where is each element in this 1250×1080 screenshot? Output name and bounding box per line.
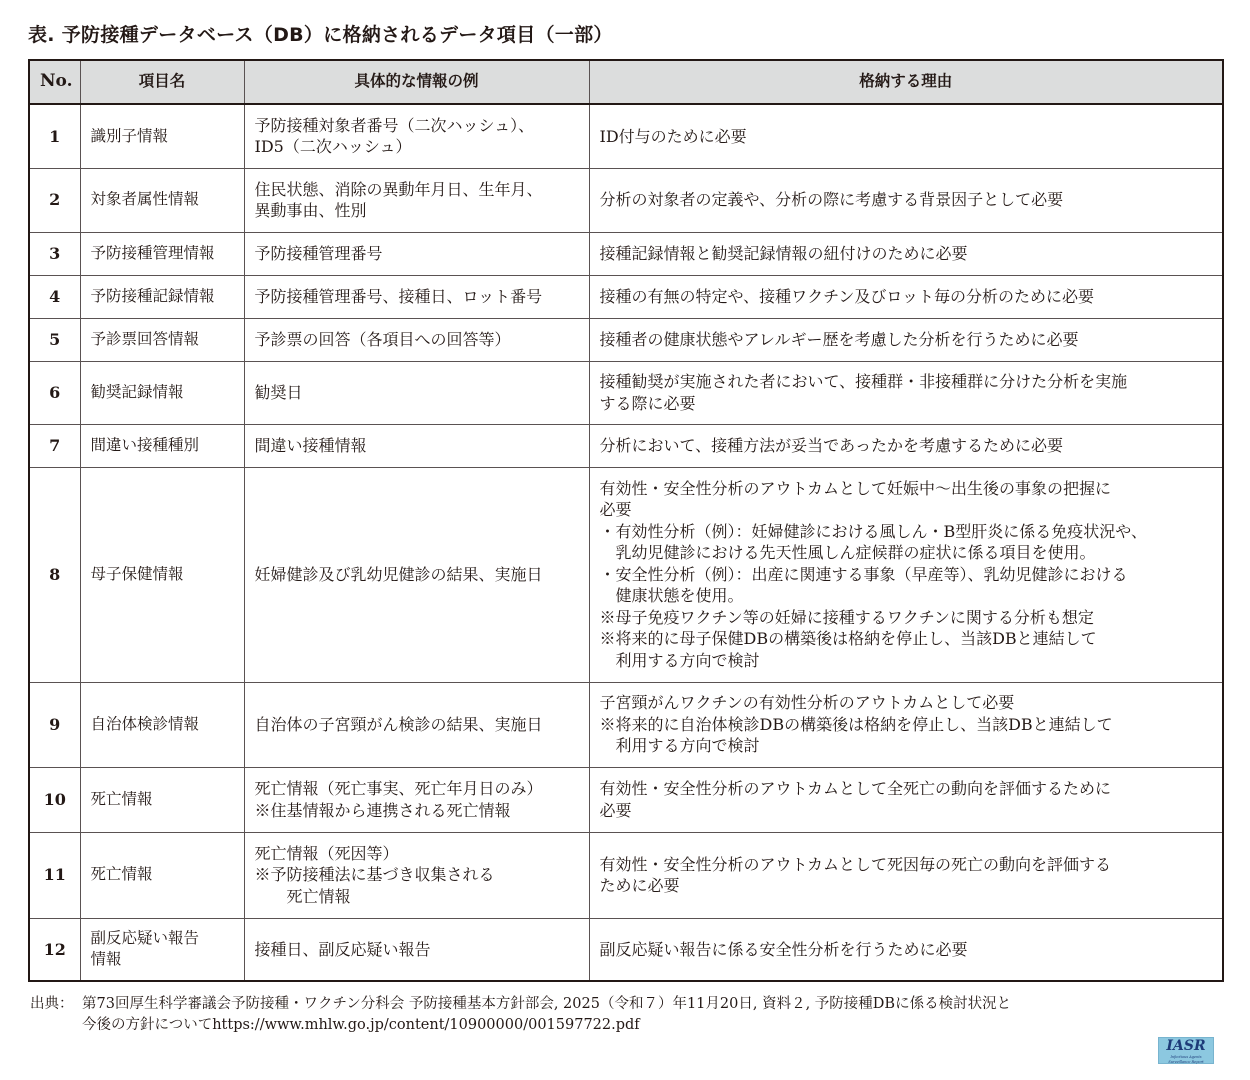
row-item-name: 予防接種管理情報	[80, 232, 244, 275]
row-reason: 子宮頸がんワクチンの有効性分析のアウトカムとして必要 ※将来的に自治体検診DBの…	[589, 682, 1223, 767]
example-text: 接種日、副反応疑い報告	[255, 939, 579, 961]
logo-subtext: Infectious Agents Surveillance Report	[1159, 1055, 1213, 1065]
table-row: 1 識別子情報 予防接種対象者番号（二次ハッシュ）、 ID5（二次ハッシュ） I…	[29, 104, 1223, 168]
row-no: 6	[29, 361, 80, 424]
item-name-text: 副反応疑い報告	[91, 928, 234, 950]
reason-bullet-cont: 健康状態を使用。	[600, 585, 1213, 607]
table-header-row: No. 項目名 具体的な情報の例 格納する理由	[29, 60, 1223, 104]
reason-text: 有効性・安全性分析のアウトカムとして全死亡の動向を評価するために	[600, 778, 1213, 800]
reason-text: 接種の有無の特定や、接種ワクチン及びロット毎の分析のために必要	[600, 286, 1213, 308]
item-name-text: 予診票回答情報	[91, 329, 234, 351]
reason-text: 分析の対象者の定義や、分析の際に考慮する背景因子として必要	[600, 189, 1213, 211]
reason-note-cont: 利用する方向で検討	[600, 650, 1213, 672]
table-row: 12 副反応疑い報告 情報 接種日、副反応疑い報告 副反応疑い報告に係る安全性分…	[29, 918, 1223, 981]
reason-note: ※将来的に自治体検診DBの構築後は格納を停止し、当該DBと連結して	[600, 714, 1213, 736]
header-no: No.	[29, 60, 80, 104]
item-name-text: 自治体検診情報	[91, 714, 234, 736]
reason-text: 有効性・安全性分析のアウトカムとして死因毎の死亡の動向を評価する	[600, 854, 1213, 876]
example-text: 住民状態、消除の異動年月日、生年月、	[255, 179, 579, 201]
item-name-text: 勧奨記録情報	[91, 382, 234, 404]
row-example: 予防接種管理番号、接種日、ロット番号	[244, 275, 589, 318]
table-row: 7 間違い接種種別 間違い接種情報 分析において、接種方法が妥当であったかを考慮…	[29, 424, 1223, 467]
example-note-cont: 死亡情報	[255, 886, 579, 908]
row-item-name: 予防接種記録情報	[80, 275, 244, 318]
row-reason: 接種記録情報と勧奨記録情報の紐付けのために必要	[589, 232, 1223, 275]
row-reason: 接種の有無の特定や、接種ワクチン及びロット毎の分析のために必要	[589, 275, 1223, 318]
example-text: 予防接種管理番号	[255, 243, 579, 265]
header-item-name: 項目名	[80, 60, 244, 104]
row-no: 3	[29, 232, 80, 275]
example-text: 死亡情報（死亡事実、死亡年月日のみ）	[255, 778, 579, 800]
row-reason: 接種勧奨が実施された者において、接種群・非接種群に分けた分析を実施 する際に必要	[589, 361, 1223, 424]
table-row: 5 予診票回答情報 予診票の回答（各項目への回答等） 接種者の健康状態やアレルギ…	[29, 318, 1223, 361]
item-name-text: 識別子情報	[91, 126, 234, 148]
row-no: 12	[29, 918, 80, 981]
row-item-name: 勧奨記録情報	[80, 361, 244, 424]
item-name-text: 予防接種記録情報	[91, 286, 234, 308]
row-example: 予診票の回答（各項目への回答等）	[244, 318, 589, 361]
row-example: 住民状態、消除の異動年月日、生年月、 異動事由、性別	[244, 168, 589, 232]
source-text: 第73回厚生科学審議会予防接種・ワクチン分科会 予防接種基本方針部会, 2025…	[82, 996, 1011, 1012]
row-no: 4	[29, 275, 80, 318]
row-example: 接種日、副反応疑い報告	[244, 918, 589, 981]
row-example: 間違い接種情報	[244, 424, 589, 467]
reason-text: 有効性・安全性分析のアウトカムとして妊娠中～出生後の事象の把握に	[600, 478, 1213, 500]
example-note: ※予防接種法に基づき収集される	[255, 864, 579, 886]
reason-text: 接種記録情報と勧奨記録情報の紐付けのために必要	[600, 243, 1213, 265]
row-no: 1	[29, 104, 80, 168]
example-text: 間違い接種情報	[255, 435, 579, 457]
reason-note-cont: 利用する方向で検討	[600, 735, 1213, 757]
row-item-name: 副反応疑い報告 情報	[80, 918, 244, 981]
reason-text: 接種者の健康状態やアレルギー歴を考慮した分析を行うために必要	[600, 329, 1213, 351]
header-reason: 格納する理由	[589, 60, 1223, 104]
table-row: 9 自治体検診情報 自治体の子宮頸がん検診の結果、実施日 子宮頸がんワクチンの有…	[29, 682, 1223, 767]
reason-text: 接種勧奨が実施された者において、接種群・非接種群に分けた分析を実施	[600, 371, 1213, 393]
table-row: 6 勧奨記録情報 勧奨日 接種勧奨が実施された者において、接種群・非接種群に分け…	[29, 361, 1223, 424]
reason-text: 副反応疑い報告に係る安全性分析を行うために必要	[600, 939, 1213, 961]
row-no: 2	[29, 168, 80, 232]
reason-bullet-cont: 乳幼児健診における先天性風しん症候群の症状に係る項目を使用。	[600, 542, 1213, 564]
row-example: 予防接種対象者番号（二次ハッシュ）、 ID5（二次ハッシュ）	[244, 104, 589, 168]
row-reason: 分析において、接種方法が妥当であったかを考慮するために必要	[589, 424, 1223, 467]
item-name-text: 予防接種管理情報	[91, 243, 234, 265]
reason-bullet: ・有効性分析（例）：妊婦健診における風しん・B型肝炎に係る免疫状況や、	[600, 521, 1213, 543]
row-item-name: 予診票回答情報	[80, 318, 244, 361]
row-reason: 有効性・安全性分析のアウトカムとして死因毎の死亡の動向を評価する ために必要	[589, 832, 1223, 918]
table-row: 4 予防接種記録情報 予防接種管理番号、接種日、ロット番号 接種の有無の特定や、…	[29, 275, 1223, 318]
row-example: 勧奨日	[244, 361, 589, 424]
example-text: 予防接種管理番号、接種日、ロット番号	[255, 286, 579, 308]
reason-text: 子宮頸がんワクチンの有効性分析のアウトカムとして必要	[600, 692, 1213, 714]
row-no: 11	[29, 832, 80, 918]
example-text: 異動事由、性別	[255, 200, 579, 222]
source-line-1: 出典：第73回厚生科学審議会予防接種・ワクチン分科会 予防接種基本方針部会, 2…	[30, 994, 1011, 1015]
header-example: 具体的な情報の例	[244, 60, 589, 104]
table-row: 3 予防接種管理情報 予防接種管理番号 接種記録情報と勧奨記録情報の紐付けのため…	[29, 232, 1223, 275]
example-text: ID5（二次ハッシュ）	[255, 136, 579, 158]
item-name-text: 死亡情報	[91, 789, 234, 811]
table-row: 2 対象者属性情報 住民状態、消除の異動年月日、生年月、 異動事由、性別 分析の…	[29, 168, 1223, 232]
row-example: 自治体の子宮頸がん検診の結果、実施日	[244, 682, 589, 767]
row-reason: 副反応疑い報告に係る安全性分析を行うために必要	[589, 918, 1223, 981]
logo-text: IASR	[1166, 1038, 1205, 1054]
row-item-name: 死亡情報	[80, 767, 244, 832]
row-item-name: 自治体検診情報	[80, 682, 244, 767]
row-example: 予防接種管理番号	[244, 232, 589, 275]
table-row: 11 死亡情報 死亡情報（死因等） ※予防接種法に基づき収集される 死亡情報 有…	[29, 832, 1223, 918]
source-label: 出典：	[30, 994, 82, 1015]
source-citation: 出典：第73回厚生科学審議会予防接種・ワクチン分科会 予防接種基本方針部会, 2…	[30, 994, 1011, 1036]
example-text: 予防接種対象者番号（二次ハッシュ）、	[255, 115, 579, 137]
reason-note: ※将来的に母子保健DBの構築後は格納を停止し、当該DBと連結して	[600, 628, 1213, 650]
row-reason: 有効性・安全性分析のアウトカムとして妊娠中～出生後の事象の把握に 必要 ・有効性…	[589, 467, 1223, 682]
row-no: 5	[29, 318, 80, 361]
row-example: 妊婦健診及び乳幼児健診の結果、実施日	[244, 467, 589, 682]
iasr-logo: IASR Infectious Agents Surveillance Repo…	[1158, 1037, 1214, 1064]
row-item-name: 死亡情報	[80, 832, 244, 918]
table-row: 10 死亡情報 死亡情報（死亡事実、死亡年月日のみ） ※住基情報から連携される死…	[29, 767, 1223, 832]
reason-bullet: ・安全性分析（例）：出産に関連する事象（早産等）、乳幼児健診における	[600, 564, 1213, 586]
row-item-name: 対象者属性情報	[80, 168, 244, 232]
item-name-text: 死亡情報	[91, 864, 234, 886]
row-no: 9	[29, 682, 80, 767]
item-name-text: 対象者属性情報	[91, 189, 234, 211]
row-example: 死亡情報（死亡事実、死亡年月日のみ） ※住基情報から連携される死亡情報	[244, 767, 589, 832]
row-item-name: 間違い接種種別	[80, 424, 244, 467]
table-title: 表. 予防接種データベース（DB）に格納されるデータ項目（一部）	[28, 20, 613, 47]
data-items-table: No. 項目名 具体的な情報の例 格納する理由 1 識別子情報 予防接種対象者番…	[28, 59, 1224, 982]
reason-text: 必要	[600, 800, 1213, 822]
example-text: 予診票の回答（各項目への回答等）	[255, 329, 579, 351]
source-line-2: 今後の方針についてhttps://www.mhlw.go.jp/content/…	[30, 1015, 1011, 1036]
reason-text: する際に必要	[600, 393, 1213, 415]
row-no: 8	[29, 467, 80, 682]
row-reason: 接種者の健康状態やアレルギー歴を考慮した分析を行うために必要	[589, 318, 1223, 361]
row-no: 10	[29, 767, 80, 832]
row-no: 7	[29, 424, 80, 467]
reason-text: 分析において、接種方法が妥当であったかを考慮するために必要	[600, 435, 1213, 457]
example-text: 妊婦健診及び乳幼児健診の結果、実施日	[255, 564, 579, 586]
example-note: ※住基情報から連携される死亡情報	[255, 800, 579, 822]
row-reason: 分析の対象者の定義や、分析の際に考慮する背景因子として必要	[589, 168, 1223, 232]
row-reason: 有効性・安全性分析のアウトカムとして全死亡の動向を評価するために 必要	[589, 767, 1223, 832]
reason-text: ために必要	[600, 875, 1213, 897]
item-name-text: 情報	[91, 949, 234, 971]
item-name-text: 母子保健情報	[91, 564, 234, 586]
row-item-name: 識別子情報	[80, 104, 244, 168]
example-text: 死亡情報（死因等）	[255, 843, 579, 865]
example-text: 勧奨日	[255, 382, 579, 404]
row-reason: ID付与のために必要	[589, 104, 1223, 168]
row-item-name: 母子保健情報	[80, 467, 244, 682]
reason-note: ※母子免疫ワクチン等の妊婦に接種するワクチンに関する分析も想定	[600, 607, 1213, 629]
item-name-text: 間違い接種種別	[91, 435, 234, 457]
reason-text: 必要	[600, 499, 1213, 521]
example-text: 自治体の子宮頸がん検診の結果、実施日	[255, 714, 579, 736]
reason-text: ID付与のために必要	[600, 126, 1213, 148]
row-example: 死亡情報（死因等） ※予防接種法に基づき収集される 死亡情報	[244, 832, 589, 918]
table-row: 8 母子保健情報 妊婦健診及び乳幼児健診の結果、実施日 有効性・安全性分析のアウ…	[29, 467, 1223, 682]
